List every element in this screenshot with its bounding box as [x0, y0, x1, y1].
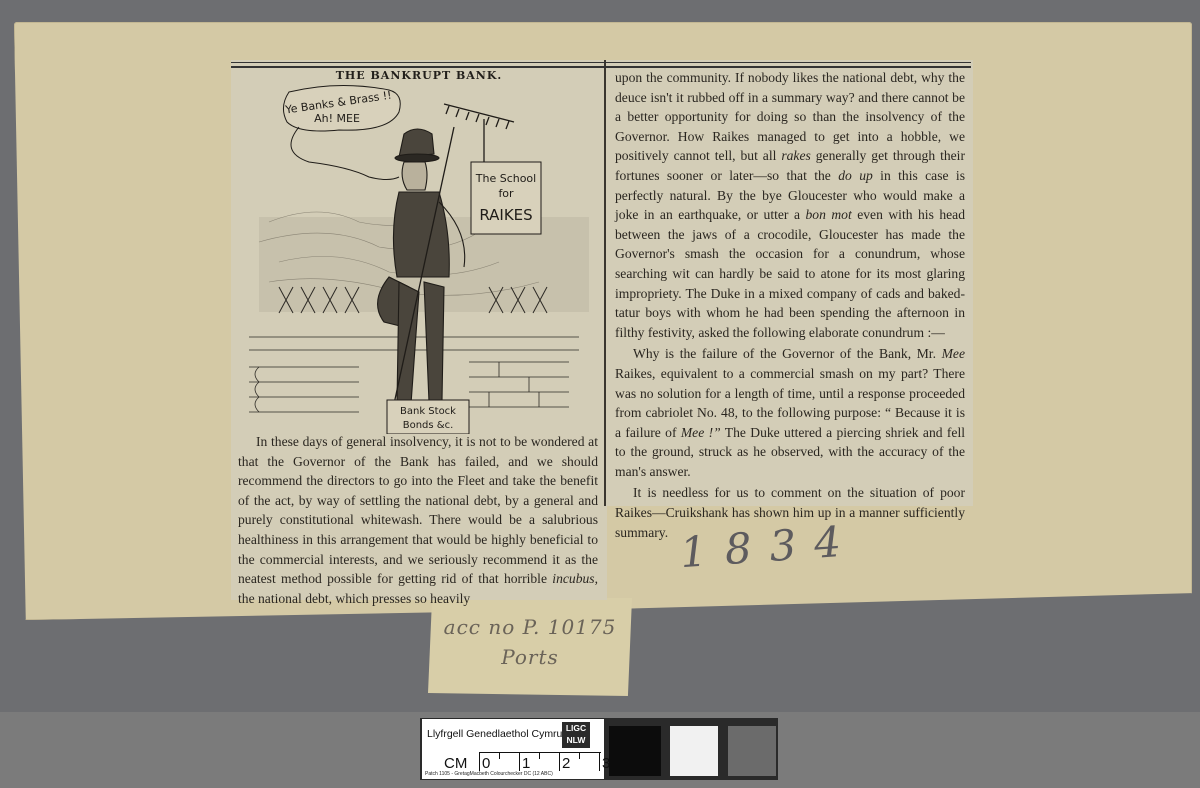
ruler-tick-2: 2 [562, 755, 570, 772]
color-target: Llyfrgell Genedlaethol Cymru LlGC NLW CM… [420, 718, 778, 780]
box-line1: Bank Stock [400, 406, 456, 417]
cartoon-illustration: The School for RAIKES Ye Banks & Brass !… [239, 82, 603, 434]
left-column-text: In these days of general insolvency, it … [238, 432, 598, 608]
library-logo: LlGC NLW [562, 722, 590, 748]
paragraph: Why is the failure of the Governor of th… [615, 344, 965, 481]
ruler-tick-0: 0 [482, 755, 490, 772]
headline: THE BANKRUPT BANK. [231, 69, 607, 82]
swatch-white [670, 726, 718, 776]
top-rule [231, 62, 971, 68]
box-line2: Bonds &c. [403, 420, 454, 431]
sign-line2: for [498, 187, 514, 200]
paragraph: In these days of general insolvency, it … [238, 432, 598, 608]
accession-note-slip: acc no P. 10175 Ports [428, 598, 632, 696]
library-name: Llyfrgell Genedlaethol Cymru [427, 728, 562, 740]
right-column-text: upon the community. If nobody likes the … [615, 68, 965, 544]
accession-note: acc no P. 10175 Ports [428, 612, 632, 672]
ruler-tick-1: 1 [522, 755, 530, 772]
sign-line1: The School [475, 172, 536, 185]
speech-line2: Ah! MEE [314, 112, 360, 125]
paragraph: upon the community. If nobody likes the … [615, 68, 965, 342]
patch-label: Patch 1105 - GretagMacbeth Colourchecker… [425, 771, 553, 777]
accession-note-line1: acc no P. 10175 [428, 612, 632, 642]
sign-line3: RAIKES [479, 206, 532, 224]
cm-ruler: 0 1 2 3 [479, 752, 601, 771]
accession-note-line2: Ports [428, 642, 632, 672]
unit-label: CM [444, 755, 467, 772]
swatch-black [609, 726, 661, 776]
ruler-card: Llyfrgell Genedlaethol Cymru LlGC NLW CM… [422, 719, 604, 779]
newspaper-clipping: THE BANKRUPT BANK. [231, 60, 971, 600]
left-column: THE BANKRUPT BANK. [231, 60, 607, 600]
right-column: upon the community. If nobody likes the … [604, 60, 973, 506]
swatch-gray [728, 726, 776, 776]
